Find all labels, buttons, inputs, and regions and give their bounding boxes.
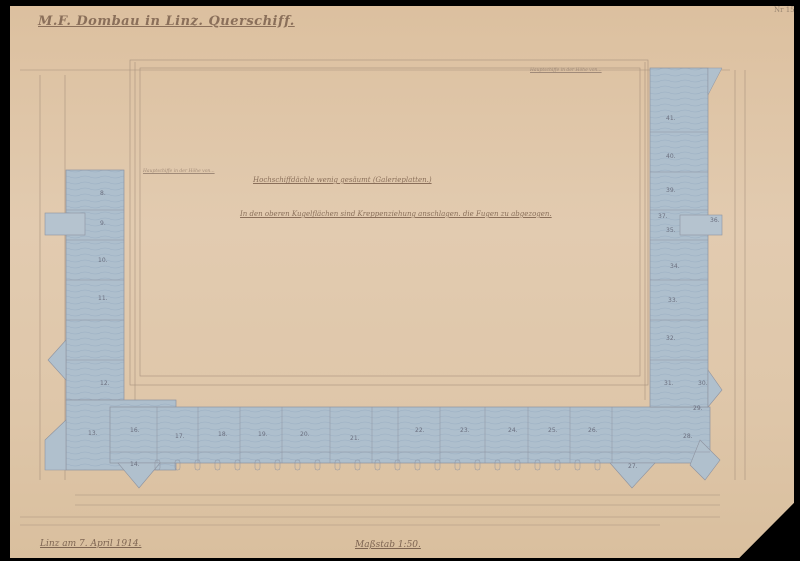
sheet-number: Nr 15: [774, 6, 795, 14]
bottom-band: 13. 14. 16. 17. 18. 19. 20. 21. 22. 23. …: [45, 400, 720, 488]
svg-text:32.: 32.: [666, 335, 676, 342]
note-line-2: In den oberen Kugelflächen sind Kreppenz…: [240, 210, 552, 218]
note-line-1: Hochschiffdächle wenig gesäumt (Galeriep…: [253, 176, 432, 184]
svg-text:33.: 33.: [668, 297, 678, 304]
svg-text:20.: 20.: [300, 431, 310, 438]
svg-text:24.: 24.: [508, 427, 518, 434]
left-wing: 8. 9. 10. 11. 12.: [45, 170, 124, 400]
svg-text:27.: 27.: [628, 463, 638, 470]
svg-text:40.: 40.: [666, 153, 676, 160]
svg-text:10.: 10.: [98, 257, 108, 264]
svg-text:18.: 18.: [218, 431, 228, 438]
svg-text:30.: 30.: [698, 380, 708, 387]
svg-text:31.: 31.: [664, 380, 674, 387]
svg-text:34.: 34.: [670, 263, 680, 270]
svg-text:22.: 22.: [415, 427, 425, 434]
floor-plan: 8. 9. 10. 11. 12.: [0, 0, 800, 561]
svg-text:35.: 35.: [666, 227, 676, 234]
svg-text:29.: 29.: [693, 405, 703, 412]
right-small-label: Hauptschiffe in der Höhe von...: [530, 68, 602, 73]
svg-text:11.: 11.: [98, 295, 108, 302]
svg-text:28.: 28.: [683, 433, 693, 440]
drawing-title: M.F. Dombau in Linz. Querschiff.: [38, 14, 295, 29]
svg-text:23.: 23.: [460, 427, 470, 434]
svg-text:14.: 14.: [130, 461, 140, 468]
svg-text:13.: 13.: [88, 430, 98, 437]
svg-text:12.: 12.: [100, 380, 110, 387]
svg-text:36.: 36.: [710, 217, 720, 224]
svg-text:41.: 41.: [666, 115, 676, 122]
svg-text:39.: 39.: [666, 187, 676, 194]
svg-text:26.: 26.: [588, 427, 598, 434]
scale-label: Maßstab 1:50.: [355, 540, 421, 550]
svg-text:8.: 8.: [100, 190, 106, 197]
svg-text:21.: 21.: [350, 435, 360, 442]
svg-text:37.: 37.: [658, 213, 668, 220]
right-wing: 41. 40. 39. 37. 36. 35. 34. 33. 32. 31. …: [650, 68, 722, 412]
left-small-label: Hauptschiffe in der Höhe von...: [143, 169, 215, 174]
svg-text:16.: 16.: [130, 427, 140, 434]
svg-text:25.: 25.: [548, 427, 558, 434]
svg-text:9.: 9.: [100, 220, 106, 227]
svg-text:19.: 19.: [258, 431, 268, 438]
svg-text:17.: 17.: [175, 433, 185, 440]
place-date: Linz am 7. April 1914.: [40, 539, 141, 549]
